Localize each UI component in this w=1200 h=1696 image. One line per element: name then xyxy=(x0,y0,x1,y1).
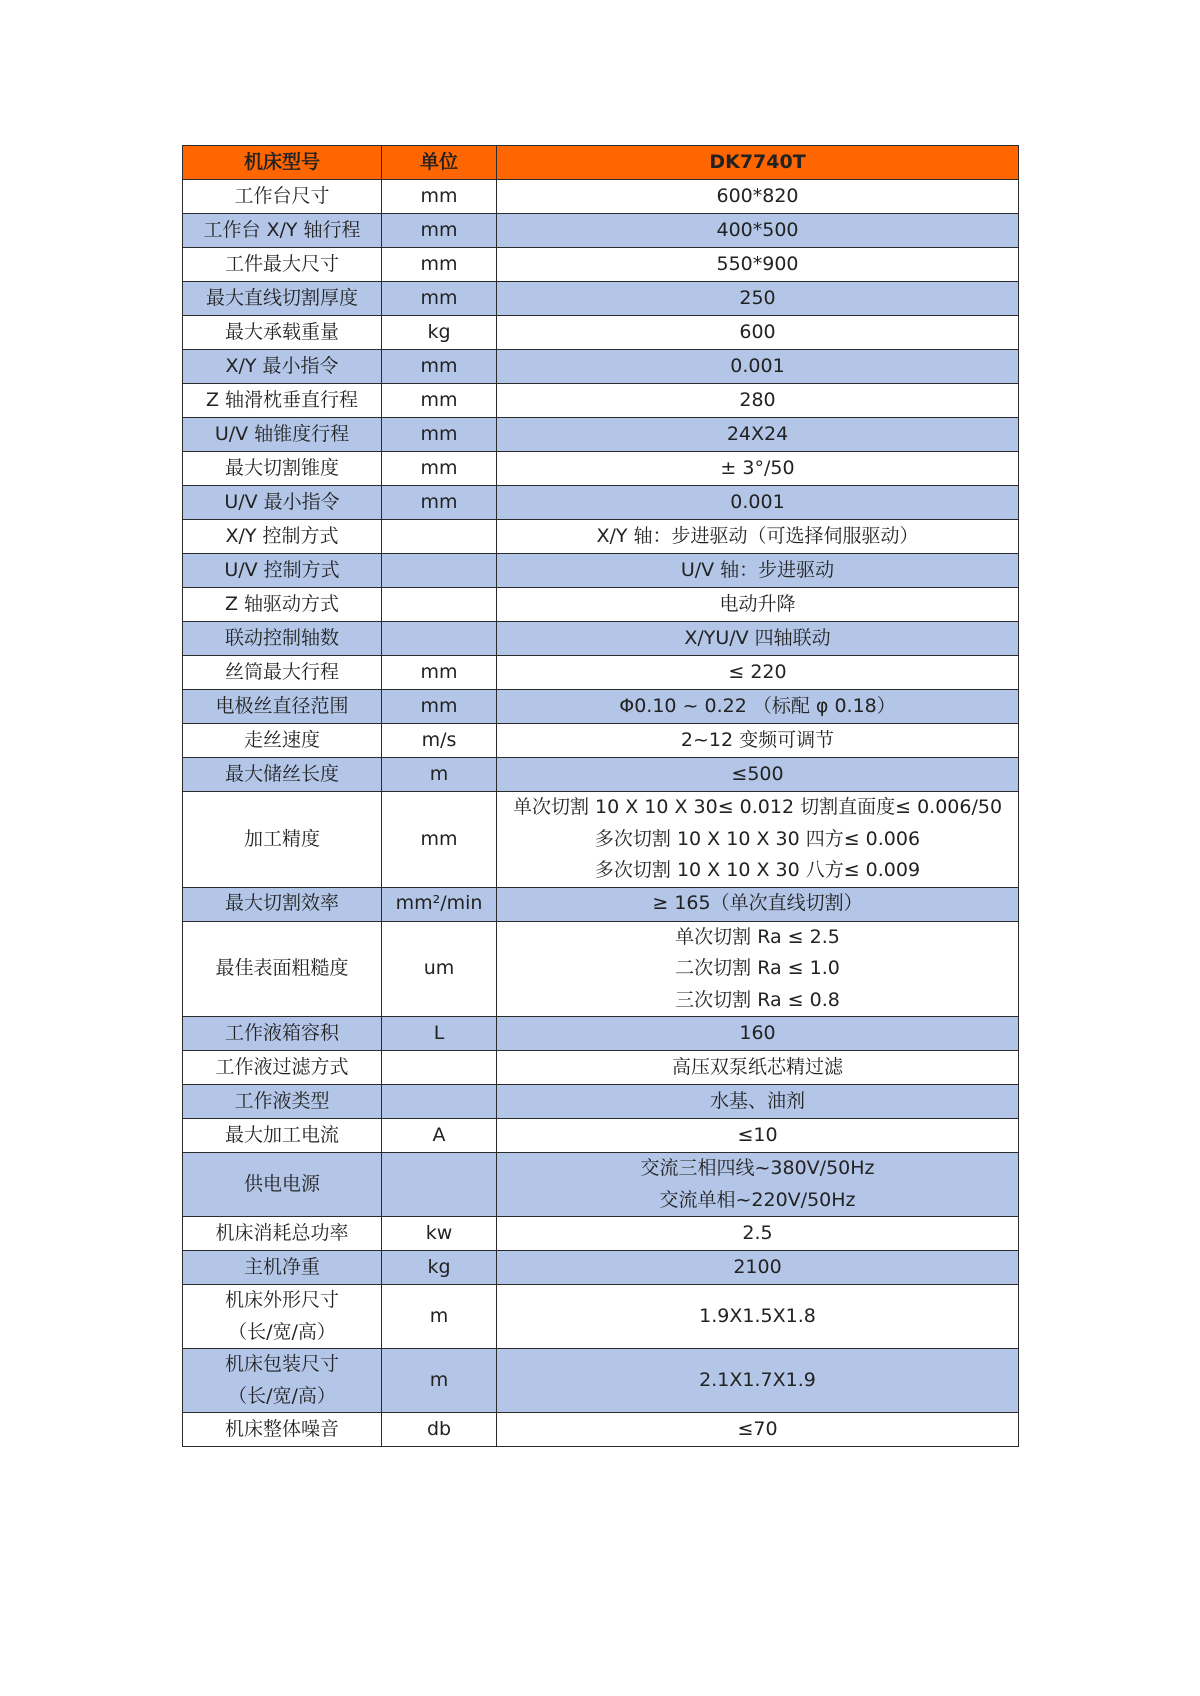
unit-cell: mm xyxy=(382,486,497,520)
param-cell-line: （长/宽/高） xyxy=(187,1381,377,1413)
param-cell: 最佳表面粗糙度 xyxy=(183,921,382,1017)
param-cell: 工件最大尺寸 xyxy=(183,248,382,282)
unit-cell: mm xyxy=(382,282,497,316)
param-cell-line: 机床消耗总功率 xyxy=(187,1218,377,1250)
table-row: 机床消耗总功率kw2.5 xyxy=(183,1217,1019,1251)
unit-cell: m xyxy=(382,1349,497,1413)
table-row: 电极丝直径范围mmΦ0.10 ~ 0.22 （标配 φ 0.18） xyxy=(183,690,1019,724)
param-cell-line: Z 轴驱动方式 xyxy=(187,589,377,621)
param-cell-line: 最大储丝长度 xyxy=(187,759,377,791)
param-cell: 工作台 X/Y 轴行程 xyxy=(183,214,382,248)
spec-table: 机床型号 单位 DK7740T 工作台尺寸mm600*820工作台 X/Y 轴行… xyxy=(182,145,1019,1447)
value-cell: Φ0.10 ~ 0.22 （标配 φ 0.18） xyxy=(497,690,1019,724)
param-cell-line: U/V 最小指令 xyxy=(187,487,377,519)
value-cell: X/YU/V 四轴联动 xyxy=(497,622,1019,656)
param-cell-line: Z 轴滑枕垂直行程 xyxy=(187,385,377,417)
param-cell: 最大承载重量 xyxy=(183,316,382,350)
table-row: 机床整体噪音db≤70 xyxy=(183,1413,1019,1447)
value-cell-line: 多次切割 10 X 10 X 30 四方≤ 0.006 xyxy=(501,824,1014,856)
param-cell: 机床消耗总功率 xyxy=(183,1217,382,1251)
param-cell-line: 工作液过滤方式 xyxy=(187,1052,377,1084)
param-cell-line: 最大切割效率 xyxy=(187,888,377,920)
table-row: U/V 轴锥度行程mm24X24 xyxy=(183,418,1019,452)
value-cell: 0.001 xyxy=(497,350,1019,384)
unit-cell: kg xyxy=(382,1251,497,1285)
value-cell-line: 160 xyxy=(501,1018,1014,1050)
param-cell-line: 电极丝直径范围 xyxy=(187,691,377,723)
param-cell: 最大切割效率 xyxy=(183,887,382,921)
table-row: U/V 控制方式U/V 轴：步进驱动 xyxy=(183,554,1019,588)
param-cell-line: 最大切割锥度 xyxy=(187,453,377,485)
param-cell: Z 轴滑枕垂直行程 xyxy=(183,384,382,418)
value-cell: U/V 轴：步进驱动 xyxy=(497,554,1019,588)
param-cell-line: 联动控制轴数 xyxy=(187,623,377,655)
table-header: 机床型号 单位 DK7740T xyxy=(183,146,1019,180)
value-cell: 2~12 变频可调节 xyxy=(497,724,1019,758)
value-cell: 600*820 xyxy=(497,180,1019,214)
header-model: DK7740T xyxy=(497,146,1019,180)
unit-cell: A xyxy=(382,1119,497,1153)
table-row: 最大切割锥度mm± 3°/50 xyxy=(183,452,1019,486)
param-cell-line: 工作台 X/Y 轴行程 xyxy=(187,215,377,247)
value-cell-line: 交流三相四线~380V/50Hz xyxy=(501,1153,1014,1185)
value-cell-line: 交流单相~220V/50Hz xyxy=(501,1185,1014,1217)
value-cell-line: ≥ 165（单次直线切割） xyxy=(501,888,1014,920)
unit-cell xyxy=(382,622,497,656)
value-cell-line: 0.001 xyxy=(501,351,1014,383)
param-cell-line: 最大直线切割厚度 xyxy=(187,283,377,315)
value-cell-line: ≤70 xyxy=(501,1414,1014,1446)
value-cell: 电动升降 xyxy=(497,588,1019,622)
param-cell-line: 机床外形尺寸 xyxy=(187,1285,377,1317)
unit-cell: db xyxy=(382,1413,497,1447)
table-row: 丝筒最大行程mm≤ 220 xyxy=(183,656,1019,690)
table-row: 机床包装尺寸（长/宽/高）m2.1X1.7X1.9 xyxy=(183,1349,1019,1413)
value-cell: 水基、油剂 xyxy=(497,1085,1019,1119)
unit-cell xyxy=(382,1153,497,1217)
value-cell: 单次切割 Ra ≤ 2.5二次切割 Ra ≤ 1.0三次切割 Ra ≤ 0.8 xyxy=(497,921,1019,1017)
table-row: 机床外形尺寸（长/宽/高）m1.9X1.5X1.8 xyxy=(183,1285,1019,1349)
value-cell: 24X24 xyxy=(497,418,1019,452)
param-cell: 工作台尺寸 xyxy=(183,180,382,214)
table-body: 工作台尺寸mm600*820工作台 X/Y 轴行程mm400*500工件最大尺寸… xyxy=(183,180,1019,1447)
value-cell-line: 高压双泵纸芯精过滤 xyxy=(501,1052,1014,1084)
param-cell-line: U/V 控制方式 xyxy=(187,555,377,587)
param-cell-line: 丝筒最大行程 xyxy=(187,657,377,689)
param-cell: X/Y 控制方式 xyxy=(183,520,382,554)
value-cell: 2100 xyxy=(497,1251,1019,1285)
value-cell-line: 单次切割 Ra ≤ 2.5 xyxy=(501,922,1014,954)
value-cell-line: 600 xyxy=(501,317,1014,349)
param-cell: 工作液类型 xyxy=(183,1085,382,1119)
table-row: Z 轴滑枕垂直行程mm280 xyxy=(183,384,1019,418)
value-cell: 400*500 xyxy=(497,214,1019,248)
param-cell: 工作液箱容积 xyxy=(183,1017,382,1051)
table-row: 走丝速度m/s2~12 变频可调节 xyxy=(183,724,1019,758)
value-cell: 高压双泵纸芯精过滤 xyxy=(497,1051,1019,1085)
param-cell-line: 走丝速度 xyxy=(187,725,377,757)
param-cell: 丝筒最大行程 xyxy=(183,656,382,690)
value-cell-line: X/YU/V 四轴联动 xyxy=(501,623,1014,655)
value-cell: ± 3°/50 xyxy=(497,452,1019,486)
value-cell-line: X/Y 轴：步进驱动（可选择伺服驱动） xyxy=(501,521,1014,553)
unit-cell: mm xyxy=(382,350,497,384)
param-cell: X/Y 最小指令 xyxy=(183,350,382,384)
param-cell-line: 机床包装尺寸 xyxy=(187,1349,377,1381)
param-cell: 工作液过滤方式 xyxy=(183,1051,382,1085)
param-cell-line: 供电电源 xyxy=(187,1169,377,1201)
value-cell: X/Y 轴：步进驱动（可选择伺服驱动） xyxy=(497,520,1019,554)
value-cell-line: 2~12 变频可调节 xyxy=(501,725,1014,757)
param-cell-line: 主机净重 xyxy=(187,1252,377,1284)
value-cell-line: ≤ 220 xyxy=(501,657,1014,689)
value-cell: 交流三相四线~380V/50Hz交流单相~220V/50Hz xyxy=(497,1153,1019,1217)
value-cell: 2.1X1.7X1.9 xyxy=(497,1349,1019,1413)
param-cell-line: X/Y 控制方式 xyxy=(187,521,377,553)
unit-cell xyxy=(382,588,497,622)
value-cell-line: 250 xyxy=(501,283,1014,315)
param-cell: 加工精度 xyxy=(183,792,382,888)
param-cell: U/V 控制方式 xyxy=(183,554,382,588)
table-row: X/Y 最小指令mm0.001 xyxy=(183,350,1019,384)
value-cell-line: 二次切割 Ra ≤ 1.0 xyxy=(501,953,1014,985)
value-cell: ≤500 xyxy=(497,758,1019,792)
param-cell-line: X/Y 最小指令 xyxy=(187,351,377,383)
value-cell-line: 24X24 xyxy=(501,419,1014,451)
value-cell: ≤70 xyxy=(497,1413,1019,1447)
value-cell: 250 xyxy=(497,282,1019,316)
unit-cell: mm xyxy=(382,384,497,418)
header-param: 机床型号 xyxy=(183,146,382,180)
value-cell-line: U/V 轴：步进驱动 xyxy=(501,555,1014,587)
table-row: Z 轴驱动方式电动升降 xyxy=(183,588,1019,622)
table-row: 供电电源交流三相四线~380V/50Hz交流单相~220V/50Hz xyxy=(183,1153,1019,1217)
param-cell-line: 机床整体噪音 xyxy=(187,1414,377,1446)
param-cell: 机床外形尺寸（长/宽/高） xyxy=(183,1285,382,1349)
unit-cell: mm xyxy=(382,180,497,214)
param-cell: 联动控制轴数 xyxy=(183,622,382,656)
param-cell-line: 工作液箱容积 xyxy=(187,1018,377,1050)
unit-cell xyxy=(382,520,497,554)
unit-cell: kw xyxy=(382,1217,497,1251)
param-cell-line: U/V 轴锥度行程 xyxy=(187,419,377,451)
param-cell-line: 工作台尺寸 xyxy=(187,181,377,213)
param-cell-line: 工作液类型 xyxy=(187,1086,377,1118)
value-cell-line: 550*900 xyxy=(501,249,1014,281)
value-cell-line: 三次切割 Ra ≤ 0.8 xyxy=(501,985,1014,1017)
table-row: 联动控制轴数X/YU/V 四轴联动 xyxy=(183,622,1019,656)
value-cell-line: 0.001 xyxy=(501,487,1014,519)
param-cell: 最大切割锥度 xyxy=(183,452,382,486)
value-cell-line: 多次切割 10 X 10 X 30 八方≤ 0.009 xyxy=(501,855,1014,887)
param-cell: 主机净重 xyxy=(183,1251,382,1285)
value-cell-line: 2100 xyxy=(501,1252,1014,1284)
unit-cell: L xyxy=(382,1017,497,1051)
table-row: 最大直线切割厚度mm250 xyxy=(183,282,1019,316)
table-row: 最大切割效率mm²/min≥ 165（单次直线切割） xyxy=(183,887,1019,921)
param-cell: 走丝速度 xyxy=(183,724,382,758)
value-cell: 2.5 xyxy=(497,1217,1019,1251)
unit-cell: mm xyxy=(382,418,497,452)
table-row: U/V 最小指令mm0.001 xyxy=(183,486,1019,520)
value-cell-line: 2.5 xyxy=(501,1218,1014,1250)
param-cell: 电极丝直径范围 xyxy=(183,690,382,724)
value-cell: 550*900 xyxy=(497,248,1019,282)
param-cell-line: 加工精度 xyxy=(187,824,377,856)
value-cell-line: 1.9X1.5X1.8 xyxy=(501,1301,1014,1333)
param-cell: U/V 最小指令 xyxy=(183,486,382,520)
table-row: 工作台 X/Y 轴行程mm400*500 xyxy=(183,214,1019,248)
value-cell: ≤ 220 xyxy=(497,656,1019,690)
value-cell-line: 水基、油剂 xyxy=(501,1086,1014,1118)
param-cell-line: 最佳表面粗糙度 xyxy=(187,953,377,985)
table-row: 加工精度mm单次切割 10 X 10 X 30≤ 0.012 切割直面度≤ 0.… xyxy=(183,792,1019,888)
table-row: 工作液箱容积L160 xyxy=(183,1017,1019,1051)
value-cell-line: 2.1X1.7X1.9 xyxy=(501,1365,1014,1397)
unit-cell: mm xyxy=(382,792,497,888)
table-row: 主机净重kg2100 xyxy=(183,1251,1019,1285)
value-cell: 1.9X1.5X1.8 xyxy=(497,1285,1019,1349)
header-row: 机床型号 单位 DK7740T xyxy=(183,146,1019,180)
unit-cell: um xyxy=(382,921,497,1017)
param-cell-line: 最大承载重量 xyxy=(187,317,377,349)
param-cell: U/V 轴锥度行程 xyxy=(183,418,382,452)
value-cell: ≥ 165（单次直线切割） xyxy=(497,887,1019,921)
table-row: 工作液过滤方式高压双泵纸芯精过滤 xyxy=(183,1051,1019,1085)
param-cell-line: 最大加工电流 xyxy=(187,1120,377,1152)
table-row: 最佳表面粗糙度um单次切割 Ra ≤ 2.5二次切割 Ra ≤ 1.0三次切割 … xyxy=(183,921,1019,1017)
table-row: 工件最大尺寸mm550*900 xyxy=(183,248,1019,282)
table-row: 最大承载重量kg600 xyxy=(183,316,1019,350)
header-unit: 单位 xyxy=(382,146,497,180)
param-cell: 供电电源 xyxy=(183,1153,382,1217)
unit-cell: m xyxy=(382,1285,497,1349)
value-cell-line: ≤10 xyxy=(501,1120,1014,1152)
value-cell-line: ± 3°/50 xyxy=(501,453,1014,485)
param-cell: 最大直线切割厚度 xyxy=(183,282,382,316)
value-cell-line: 600*820 xyxy=(501,181,1014,213)
param-cell: Z 轴驱动方式 xyxy=(183,588,382,622)
param-cell: 机床包装尺寸（长/宽/高） xyxy=(183,1349,382,1413)
value-cell-line: 280 xyxy=(501,385,1014,417)
value-cell: 600 xyxy=(497,316,1019,350)
value-cell-line: Φ0.10 ~ 0.22 （标配 φ 0.18） xyxy=(501,691,1014,723)
unit-cell: kg xyxy=(382,316,497,350)
table-row: 工作液类型水基、油剂 xyxy=(183,1085,1019,1119)
value-cell: 280 xyxy=(497,384,1019,418)
param-cell-line: （长/宽/高） xyxy=(187,1317,377,1349)
value-cell-line: ≤500 xyxy=(501,759,1014,791)
value-cell: 0.001 xyxy=(497,486,1019,520)
unit-cell: m/s xyxy=(382,724,497,758)
param-cell: 最大储丝长度 xyxy=(183,758,382,792)
table-row: 最大加工电流A≤10 xyxy=(183,1119,1019,1153)
unit-cell: mm xyxy=(382,656,497,690)
value-cell: 单次切割 10 X 10 X 30≤ 0.012 切割直面度≤ 0.006/50… xyxy=(497,792,1019,888)
value-cell-line: 400*500 xyxy=(501,215,1014,247)
param-cell-line: 工件最大尺寸 xyxy=(187,249,377,281)
table-row: X/Y 控制方式X/Y 轴：步进驱动（可选择伺服驱动） xyxy=(183,520,1019,554)
unit-cell xyxy=(382,1051,497,1085)
unit-cell: mm xyxy=(382,690,497,724)
table-row: 工作台尺寸mm600*820 xyxy=(183,180,1019,214)
table-row: 最大储丝长度m≤500 xyxy=(183,758,1019,792)
value-cell-line: 单次切割 10 X 10 X 30≤ 0.012 切割直面度≤ 0.006/50 xyxy=(501,792,1014,824)
unit-cell: mm²/min xyxy=(382,887,497,921)
value-cell: ≤10 xyxy=(497,1119,1019,1153)
param-cell: 机床整体噪音 xyxy=(183,1413,382,1447)
unit-cell: m xyxy=(382,758,497,792)
unit-cell: mm xyxy=(382,248,497,282)
unit-cell xyxy=(382,1085,497,1119)
param-cell: 最大加工电流 xyxy=(183,1119,382,1153)
unit-cell xyxy=(382,554,497,588)
value-cell: 160 xyxy=(497,1017,1019,1051)
unit-cell: mm xyxy=(382,452,497,486)
unit-cell: mm xyxy=(382,214,497,248)
value-cell-line: 电动升降 xyxy=(501,589,1014,621)
